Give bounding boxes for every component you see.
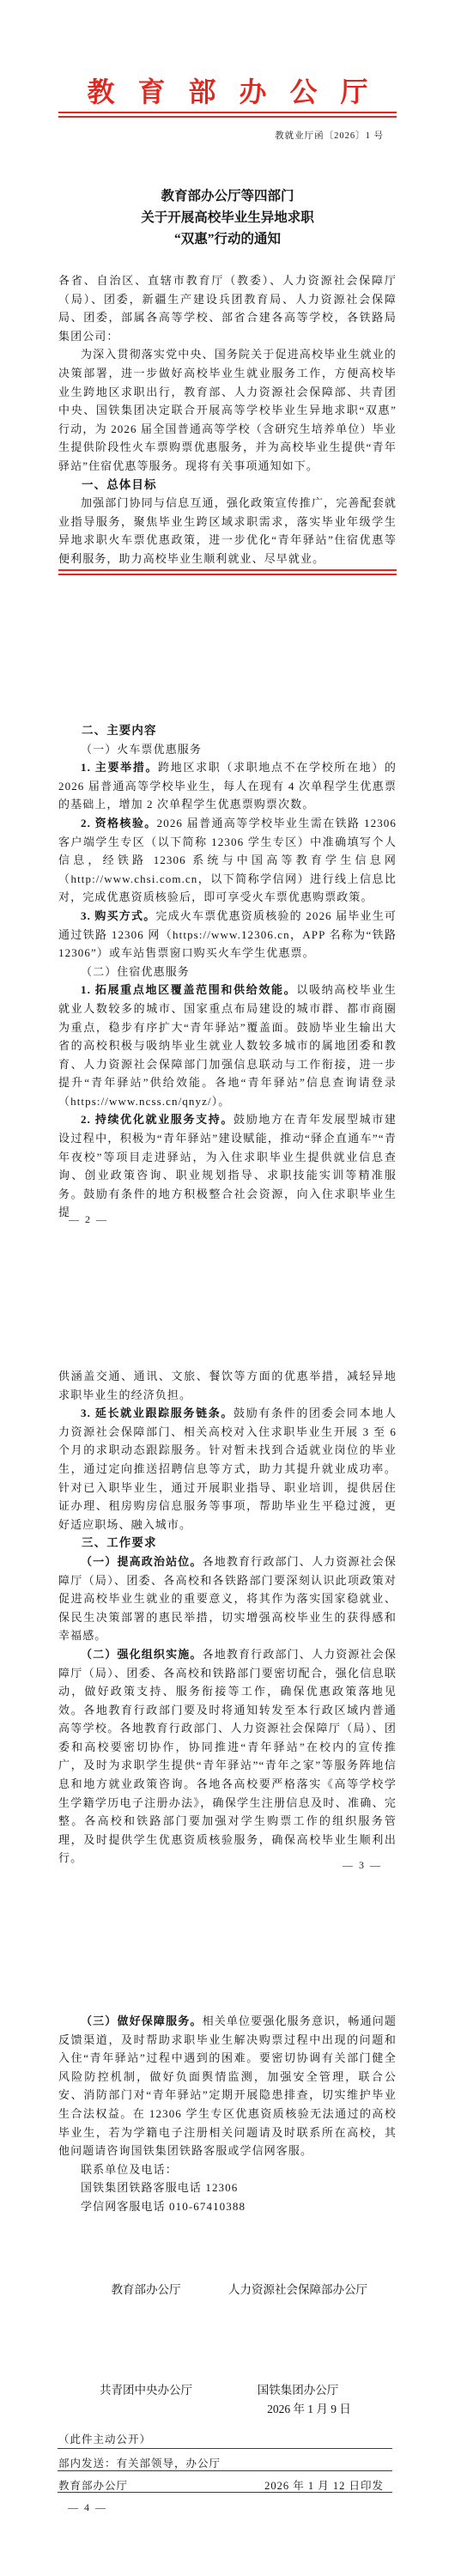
imprint-print-date: 2026 年 1 月 12 日印发	[264, 2477, 384, 2493]
signer-moe: 教育部办公厅	[73, 2280, 219, 2297]
item-text: 鼓励有条件的团委会同本地人力资源社会保障部门、相关高校对入住求职毕业生开展 3 …	[58, 1406, 397, 1531]
numbered-item: 2. 资格核验。2026 届普通高等学校毕业生需在铁路 12306 客户端学生专…	[58, 814, 397, 907]
item-lead: 2. 资格核验。	[81, 817, 157, 829]
contact-line: 学信网客服电话 010-67410388	[58, 2197, 397, 2216]
item-lead: 1. 拓展重点地区覆盖范围和供给效能。	[81, 983, 296, 996]
item-text: 2026 届普通高等学校毕业生需在铁路 12306 客户端学生专区（以下简称 1…	[58, 817, 397, 903]
item-text: 以吸纳高校毕业生就业人数较多的城市、国家重点布局建设的城市群、都市商圈为重点，稳…	[58, 983, 397, 1108]
numbered-item: 3. 购买方式。完成火车票优惠资质核验的 2026 届毕业生可通过铁路 1230…	[58, 907, 397, 963]
requirement-item: （三）做好保障服务。相关单位要强化服务意识，畅通问题反馈渠道，及时帮助求职毕业生…	[58, 2012, 397, 2160]
subsection-train-ticket: （一）火车票优惠服务	[58, 740, 397, 759]
section-heading-3: 三、工作要求	[58, 1534, 397, 1552]
item-lead: （三）做好保障服务。	[81, 2014, 203, 2027]
item-text: 各地教育行政部门、人力资源社会保障厅（局）、团委、各高校和各铁路部门要深刻认识此…	[58, 1555, 397, 1642]
section-heading-1: 一、总体目标	[58, 476, 397, 495]
item-text: 各地教育行政部门、人力资源社会保障厅（局）、团委、各高校和铁路部门要密切配合，强…	[58, 1648, 397, 1865]
numbered-item: 3. 延长就业跟踪服务链条。鼓励有条件的团委会同本地人力资源社会保障部门、相关高…	[58, 1404, 397, 1534]
footer-divider	[58, 2470, 392, 2471]
item-lead: 1. 主要举措。	[81, 761, 158, 774]
title-line-3: “双惠”行动的通知	[0, 228, 455, 250]
title-line-2: 关于开展高校毕业生异地求职	[0, 207, 455, 228]
page-number-3: — 3 —	[343, 1859, 382, 1872]
requirement-item: （二）强化组织实施。各地教育行政部门、人力资源社会保障厅（局）、团委、各高校和铁…	[58, 1645, 397, 1868]
official-document: { "accent_color": "#e3261d", "header": {…	[0, 0, 455, 2576]
document-number: 教就业厅函〔2026〕1 号	[275, 129, 384, 142]
letterhead-double-rule	[58, 112, 397, 118]
subsection-lodging: （二）住宿优惠服务	[58, 963, 397, 981]
section-heading-2: 二、主要内容	[58, 721, 397, 740]
signer-ccyl: 共青团中央办公厅	[73, 2380, 219, 2397]
item-lead: （二）强化组织实施。	[81, 1648, 203, 1661]
item-lead: 3. 购买方式。	[81, 909, 155, 922]
distribution-note: 部内发送：有关部领导，办公厅	[58, 2455, 221, 2470]
contact-label: 联系单位及电话：	[58, 2160, 397, 2179]
signer-mohrss: 人力资源社会保障部办公厅	[225, 2280, 371, 2297]
page-2-body: 二、主要内容 （一）火车票优惠服务 1. 主要举措。跨地区求职（求职地点不在学校…	[58, 721, 397, 1222]
disclosure-note: （此件主动公开）	[58, 2431, 151, 2446]
numbered-item: 1. 拓展重点地区覆盖范围和供给效能。以吸纳高校毕业生就业人数较多的城市、国家重…	[58, 981, 397, 1110]
imprint-issuer: 教育部办公厅	[58, 2477, 128, 2493]
page-number-4: — 4 —	[68, 2501, 107, 2514]
numbered-item: 1. 主要举措。跨地区求职（求职地点不在学校所在地）的 2026 届普通高等学校…	[58, 758, 397, 814]
goal-paragraph: 加强部门协同与信息互通，强化政策宣传推广，完善配套就业指导服务，聚焦毕业生跨区域…	[58, 494, 397, 568]
page-1-body: 各省、自治区、直辖市教育厅（教委）、人力资源社会保障厅（局）、团委，新疆生产建设…	[58, 271, 397, 568]
signer-china-railway: 国铁集团办公厅	[225, 2380, 371, 2397]
agency-letterhead: 教育部办公厅	[0, 70, 455, 110]
continued-paragraph: 供涵盖交通、通讯、文旅、餐饮等方面的优惠举措，减轻异地求职毕业生的经济负担。	[58, 1367, 397, 1404]
numbered-item: 2. 持续优化就业服务支持。鼓励地方在青年发展型城市建设过程中，积极为“青年驿站…	[58, 1110, 397, 1222]
page-4-body: （三）做好保障服务。相关单位要强化服务意识，畅通问题反馈渠道，及时帮助求职毕业生…	[58, 2012, 397, 2216]
salutation: 各省、自治区、直辖市教育厅（教委）、人力资源社会保障厅（局）、团委，新疆生产建设…	[58, 271, 397, 345]
title-line-1: 教育部办公厅等四部门	[0, 185, 455, 207]
document-title: 教育部办公厅等四部门 关于开展高校毕业生异地求职 “双惠”行动的通知	[0, 185, 455, 250]
item-text: 相关单位要强化服务意识，畅通问题反馈渠道，及时帮助求职毕业生解决购票过程中出现的…	[58, 2014, 397, 2157]
footer-divider	[58, 2448, 392, 2449]
page-number-2: — 2 —	[69, 1213, 108, 1226]
page-1-footer-double-rule	[58, 569, 397, 575]
item-lead: （一）提高政治站位。	[81, 1555, 203, 1568]
signature-date: 2026 年 1 月 9 日	[240, 2399, 378, 2416]
page-3-body: 供涵盖交通、通讯、文旅、餐饮等方面的优惠举措，减轻异地求职毕业生的经济负担。 3…	[58, 1367, 397, 1868]
footer-divider	[58, 2492, 392, 2493]
requirement-item: （一）提高政治站位。各地教育行政部门、人力资源社会保障厅（局）、团委、各高校和各…	[58, 1552, 397, 1645]
item-text: 鼓励地方在青年发展型城市建设过程中，积极为“青年驿站”建设赋能，推动“驿企直通车…	[58, 1113, 397, 1218]
item-lead: 2. 持续优化就业服务支持。	[81, 1113, 234, 1126]
item-lead: 3. 延长就业跟踪服务链条。	[81, 1406, 234, 1419]
contact-line: 国铁集团铁路客服电话 12306	[58, 2178, 397, 2197]
intro-paragraph: 为深入贯彻落实党中央、国务院关于促进高校毕业生就业的决策部署，进一步做好高校毕业…	[58, 345, 397, 475]
